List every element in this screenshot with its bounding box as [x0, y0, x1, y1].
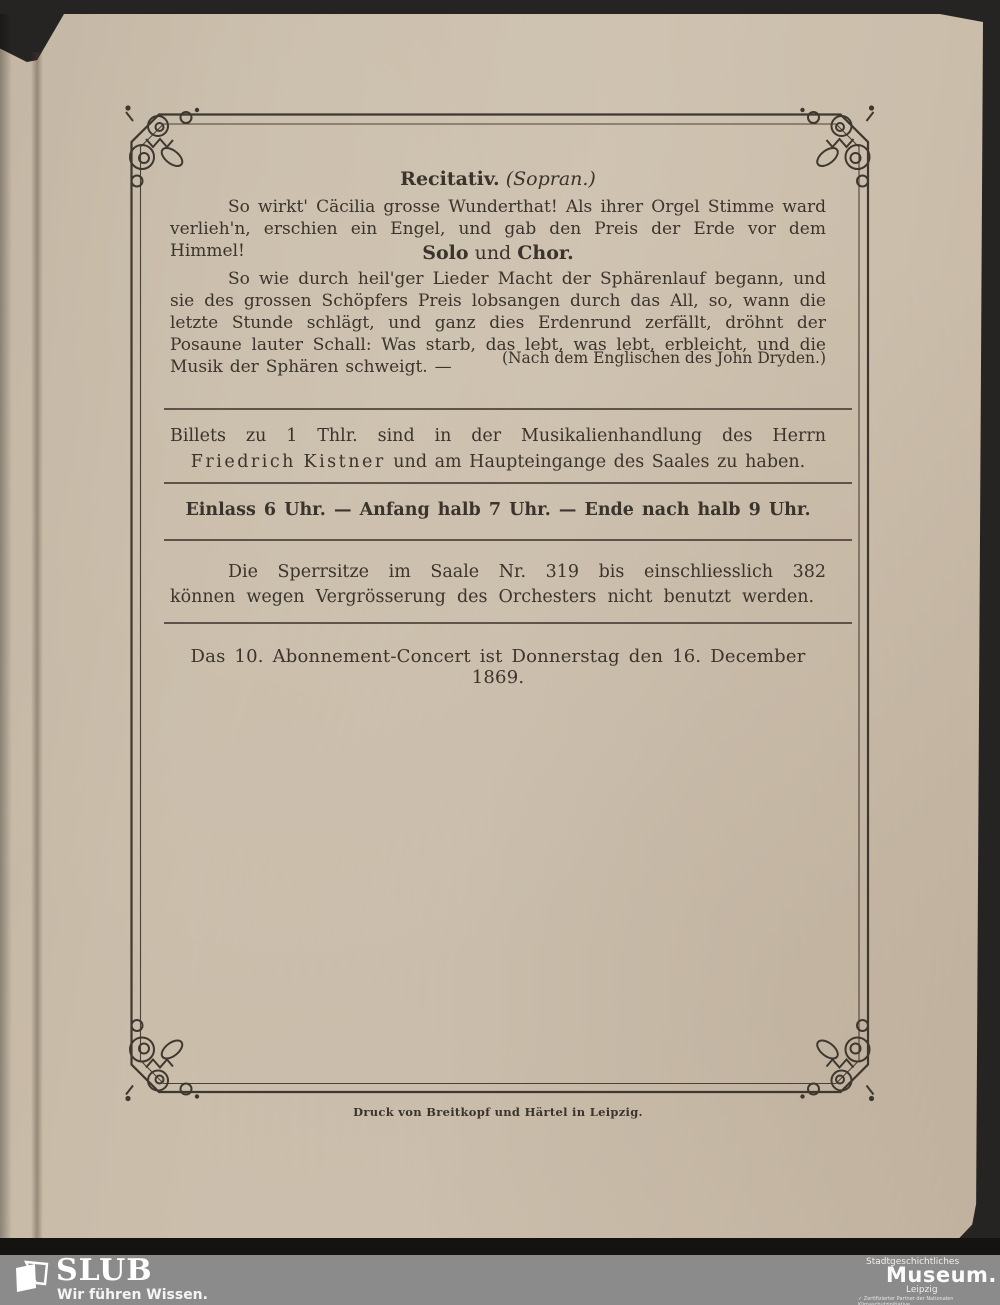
tickets-text-2: und am Haupteingange des Saales zu haben…	[393, 452, 805, 472]
tickets-text-1: Billets zu 1 Thlr. sind in der Musikalie…	[170, 426, 826, 446]
next-concert-notice: Das 10. Abonnement-Concert ist Donnersta…	[170, 646, 826, 688]
solo-label: Solo	[422, 242, 468, 264]
section-divider-3	[164, 539, 852, 541]
printer-imprint: Druck von Breitkopf und Härtel in Leipzi…	[170, 1105, 826, 1119]
und-label: und	[475, 242, 512, 264]
slub-book-icon	[14, 1259, 50, 1295]
reserved-seats-notice: Die Sperrsitze im Saale Nr. 319 bis eins…	[170, 560, 826, 610]
chor-label: Chor.	[517, 242, 574, 264]
times-notice: Einlass 6 Uhr. — Anfang halb 7 Uhr. — En…	[170, 500, 826, 520]
solo-chor-heading: Solo und Chor.	[170, 242, 826, 264]
programme-text: Recitativ. (Sopran.) So wirkt' Cäcilia g…	[0, 0, 1000, 1305]
dryden-attribution: (Nach dem Englischen des John Dryden.)	[170, 349, 840, 367]
museum-certification-note: ✓ Zertifizierter Partner der Nationalen …	[858, 1296, 1000, 1305]
museum-line-leipzig: Leipzig	[906, 1285, 938, 1295]
seller-last-name: Kistner	[304, 452, 386, 472]
section-divider-4	[164, 622, 852, 624]
slub-tagline: Wir führen Wissen.	[57, 1287, 208, 1303]
museum-wordmark: Museum.	[886, 1263, 997, 1287]
recitativ-heading: Recitativ. (Sopran.)	[170, 168, 826, 190]
slub-wordmark: SLUB	[56, 1255, 153, 1287]
tickets-notice: Billets zu 1 Thlr. sind in der Musikalie…	[170, 423, 826, 475]
recitativ-title: Recitativ.	[400, 168, 500, 190]
section-divider-2	[164, 482, 852, 484]
recitativ-voice: (Sopran.)	[506, 168, 596, 190]
scan-viewport: Recitativ. (Sopran.) So wirkt' Cäcilia g…	[0, 0, 1000, 1305]
footer-bar: SLUB Wir führen Wissen. Stadtgeschichtli…	[0, 1255, 1000, 1305]
section-divider-1	[164, 408, 852, 410]
seller-first-name: Friedrich	[191, 452, 296, 472]
